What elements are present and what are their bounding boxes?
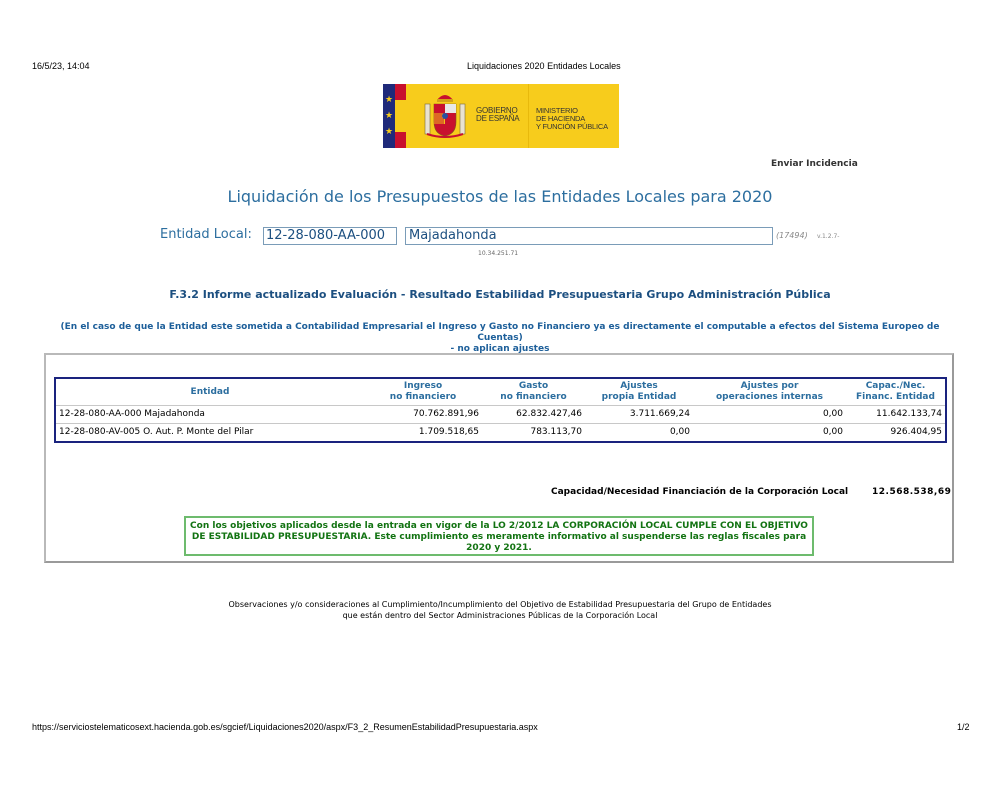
entidad-name-field[interactable]: Majadahonda	[405, 227, 773, 245]
table-header-row: Entidad Ingresono financiero Gastono fin…	[55, 378, 946, 406]
ministerio-text: MINISTERIO DE HACIENDA Y FUNCIÓN PÚBLICA	[536, 107, 608, 131]
entidad-id: (17494)	[776, 231, 808, 240]
col-ingreso: Ingresono financiero	[364, 378, 482, 406]
col-ajustes-propia: Ajustespropia Entidad	[585, 378, 693, 406]
compliance-message: Con los objetivos aplicados desde la ent…	[184, 516, 814, 556]
entidad-local-label: Entidad Local:	[160, 227, 252, 242]
print-url: https://serviciostelematicosext.hacienda…	[32, 722, 538, 732]
col-gasto: Gastono financiero	[482, 378, 585, 406]
spain-government-logo: ★ ★ ★ GOBIERNO DE ESPAÑA MINISTERIO DE H…	[383, 84, 619, 148]
coat-of-arms-icon	[423, 90, 467, 142]
star-icon: ★	[385, 128, 393, 137]
total-label: Capacidad/Necesidad Financiación de la C…	[551, 487, 848, 497]
star-icon: ★	[385, 112, 393, 121]
gobierno-text: GOBIERNO DE ESPAÑA	[476, 107, 519, 123]
version-text: v.1.2.7-	[817, 233, 839, 240]
col-capac-nec: Capac./Nec.Financ. Entidad	[846, 378, 946, 406]
star-icon: ★	[385, 96, 393, 105]
entidad-code-field[interactable]: 12-28-080-AA-000	[263, 227, 397, 245]
report-note: (En el caso de que la Entidad este somet…	[40, 322, 960, 355]
ip-address: 10.34.251.71	[478, 250, 518, 257]
total-value: 12.568.538,69	[872, 487, 951, 497]
spain-flag-band	[395, 84, 406, 148]
results-table: Entidad Ingresono financiero Gastono fin…	[54, 377, 947, 443]
observaciones-text: Observaciones y/o consideraciones al Cum…	[150, 599, 850, 621]
table-row: 12-28-080-AA-000 Majadahonda 70.762.891,…	[55, 406, 946, 424]
enviar-incidencia-link[interactable]: Enviar Incidencia	[771, 159, 858, 169]
logo-divider	[528, 84, 529, 148]
table-row: 12-28-080-AV-005 O. Aut. P. Monte del Pi…	[55, 424, 946, 443]
report-title: F.3.2 Informe actualizado Evaluación - R…	[0, 288, 1000, 301]
col-entidad: Entidad	[55, 378, 364, 406]
page-title: Liquidación de los Presupuestos de las E…	[0, 187, 1000, 206]
print-page-title: Liquidaciones 2020 Entidades Locales	[467, 61, 621, 71]
print-datetime: 16/5/23, 14:04	[32, 61, 90, 71]
print-page-number: 1/2	[957, 722, 970, 732]
col-ajustes-internas: Ajustes poroperaciones internas	[693, 378, 846, 406]
